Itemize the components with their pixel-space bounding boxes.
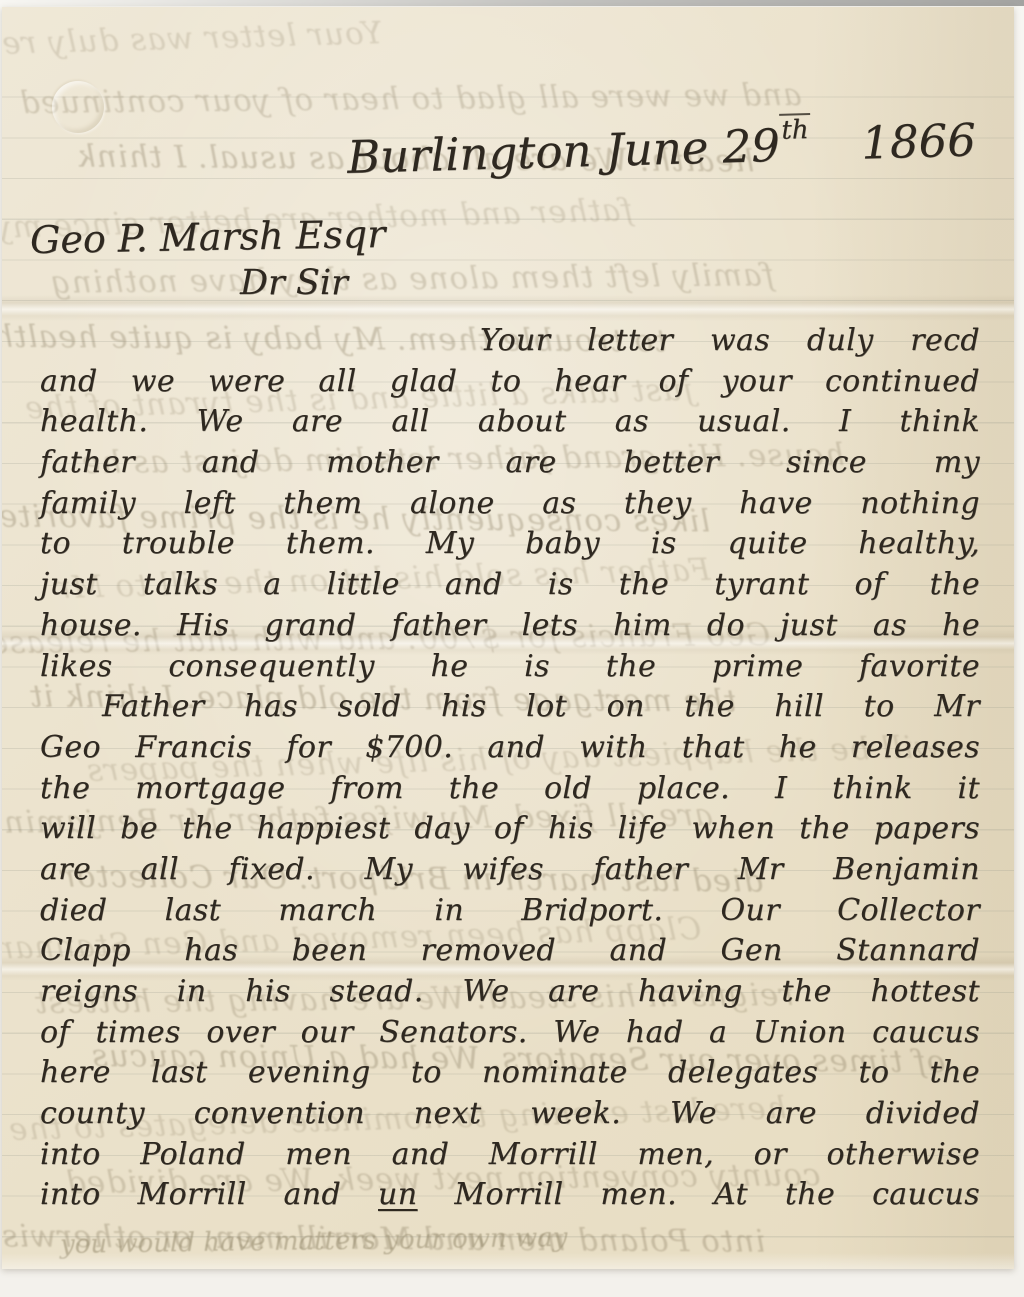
letter-line: the mortgage from the old place. I think… (40, 771, 980, 812)
dateline-place-date: Burlington June 29 (346, 119, 780, 184)
letter-line: reigns in his stead. We are having the h… (40, 974, 980, 1015)
letter-line: here last evening to nominate delegates … (40, 1055, 980, 1096)
letter-line: house. His grand father lets him do just… (40, 608, 980, 649)
letter-line: to trouble them. My baby is quite health… (40, 526, 980, 567)
salutation-line: Dr Sir (240, 263, 348, 303)
bleedthrough-text: and we were all glad to hear of your con… (19, 77, 802, 121)
final-line-pre: into Morrill and (40, 1177, 378, 1212)
letter-line: Your letter was duly recd (40, 323, 980, 364)
letter-line: county convention next week. We are divi… (40, 1096, 980, 1137)
letter-line-final: into Morrill and un Morrill men. At the … (40, 1177, 980, 1218)
final-line-post: Morrill men. At the caucus (417, 1177, 980, 1212)
letter-line-paragraph-start: Father has sold his lot on the hill to M… (40, 689, 980, 730)
fold-crease (2, 295, 1014, 321)
letter-line: died last march in Bridport. Our Collect… (40, 893, 980, 934)
letter-line: Geo Francis for $700. and with that he r… (40, 730, 980, 771)
dateline-year: 1866 (861, 113, 977, 169)
letter-line: father and mother are better since my (40, 445, 980, 486)
dateline: Burlington June 29th 1866 (346, 110, 987, 184)
dateline-ordinal: th (779, 113, 811, 146)
scanned-letter: Your letter was duly recdand we were all… (0, 0, 1024, 1297)
letter-page: Your letter was duly recdand we were all… (2, 7, 1014, 1269)
letter-line: are all fixed. My wifes father Mr Benjam… (40, 852, 980, 893)
letter-line: of times over our Senators. We had a Uni… (40, 1015, 980, 1056)
letter-line: just talks a little and is the tyrant of… (40, 567, 980, 608)
letter-line: into Poland men and Morrill men, or othe… (40, 1137, 980, 1178)
recipient-line: Geo P. Marsh Esqr (30, 212, 386, 262)
faint-pencil-note: you would have matters your own way (60, 1220, 760, 1260)
letter-line: health. We are all about as usual. I thi… (40, 404, 980, 445)
letter-line: and we were all glad to hear of your con… (40, 364, 980, 405)
embossed-seal (52, 81, 104, 133)
letter-line: family left them alone as they have noth… (40, 486, 980, 527)
scan-edge (0, 0, 1024, 6)
letter-line: will be the happiest day of his life whe… (40, 811, 980, 852)
bleedthrough-text: family left them alone as they have noth… (50, 257, 774, 301)
letter-line: likes consequently he is the prime favor… (40, 649, 980, 690)
letter-body: Your letter was duly recd and we were al… (40, 323, 980, 1218)
bleedthrough-text: Your letter was duly recd (2, 15, 383, 63)
letter-line: Clapp has been removed and Gen Stannard (40, 933, 980, 974)
final-line-underlined-word: un (378, 1177, 417, 1212)
